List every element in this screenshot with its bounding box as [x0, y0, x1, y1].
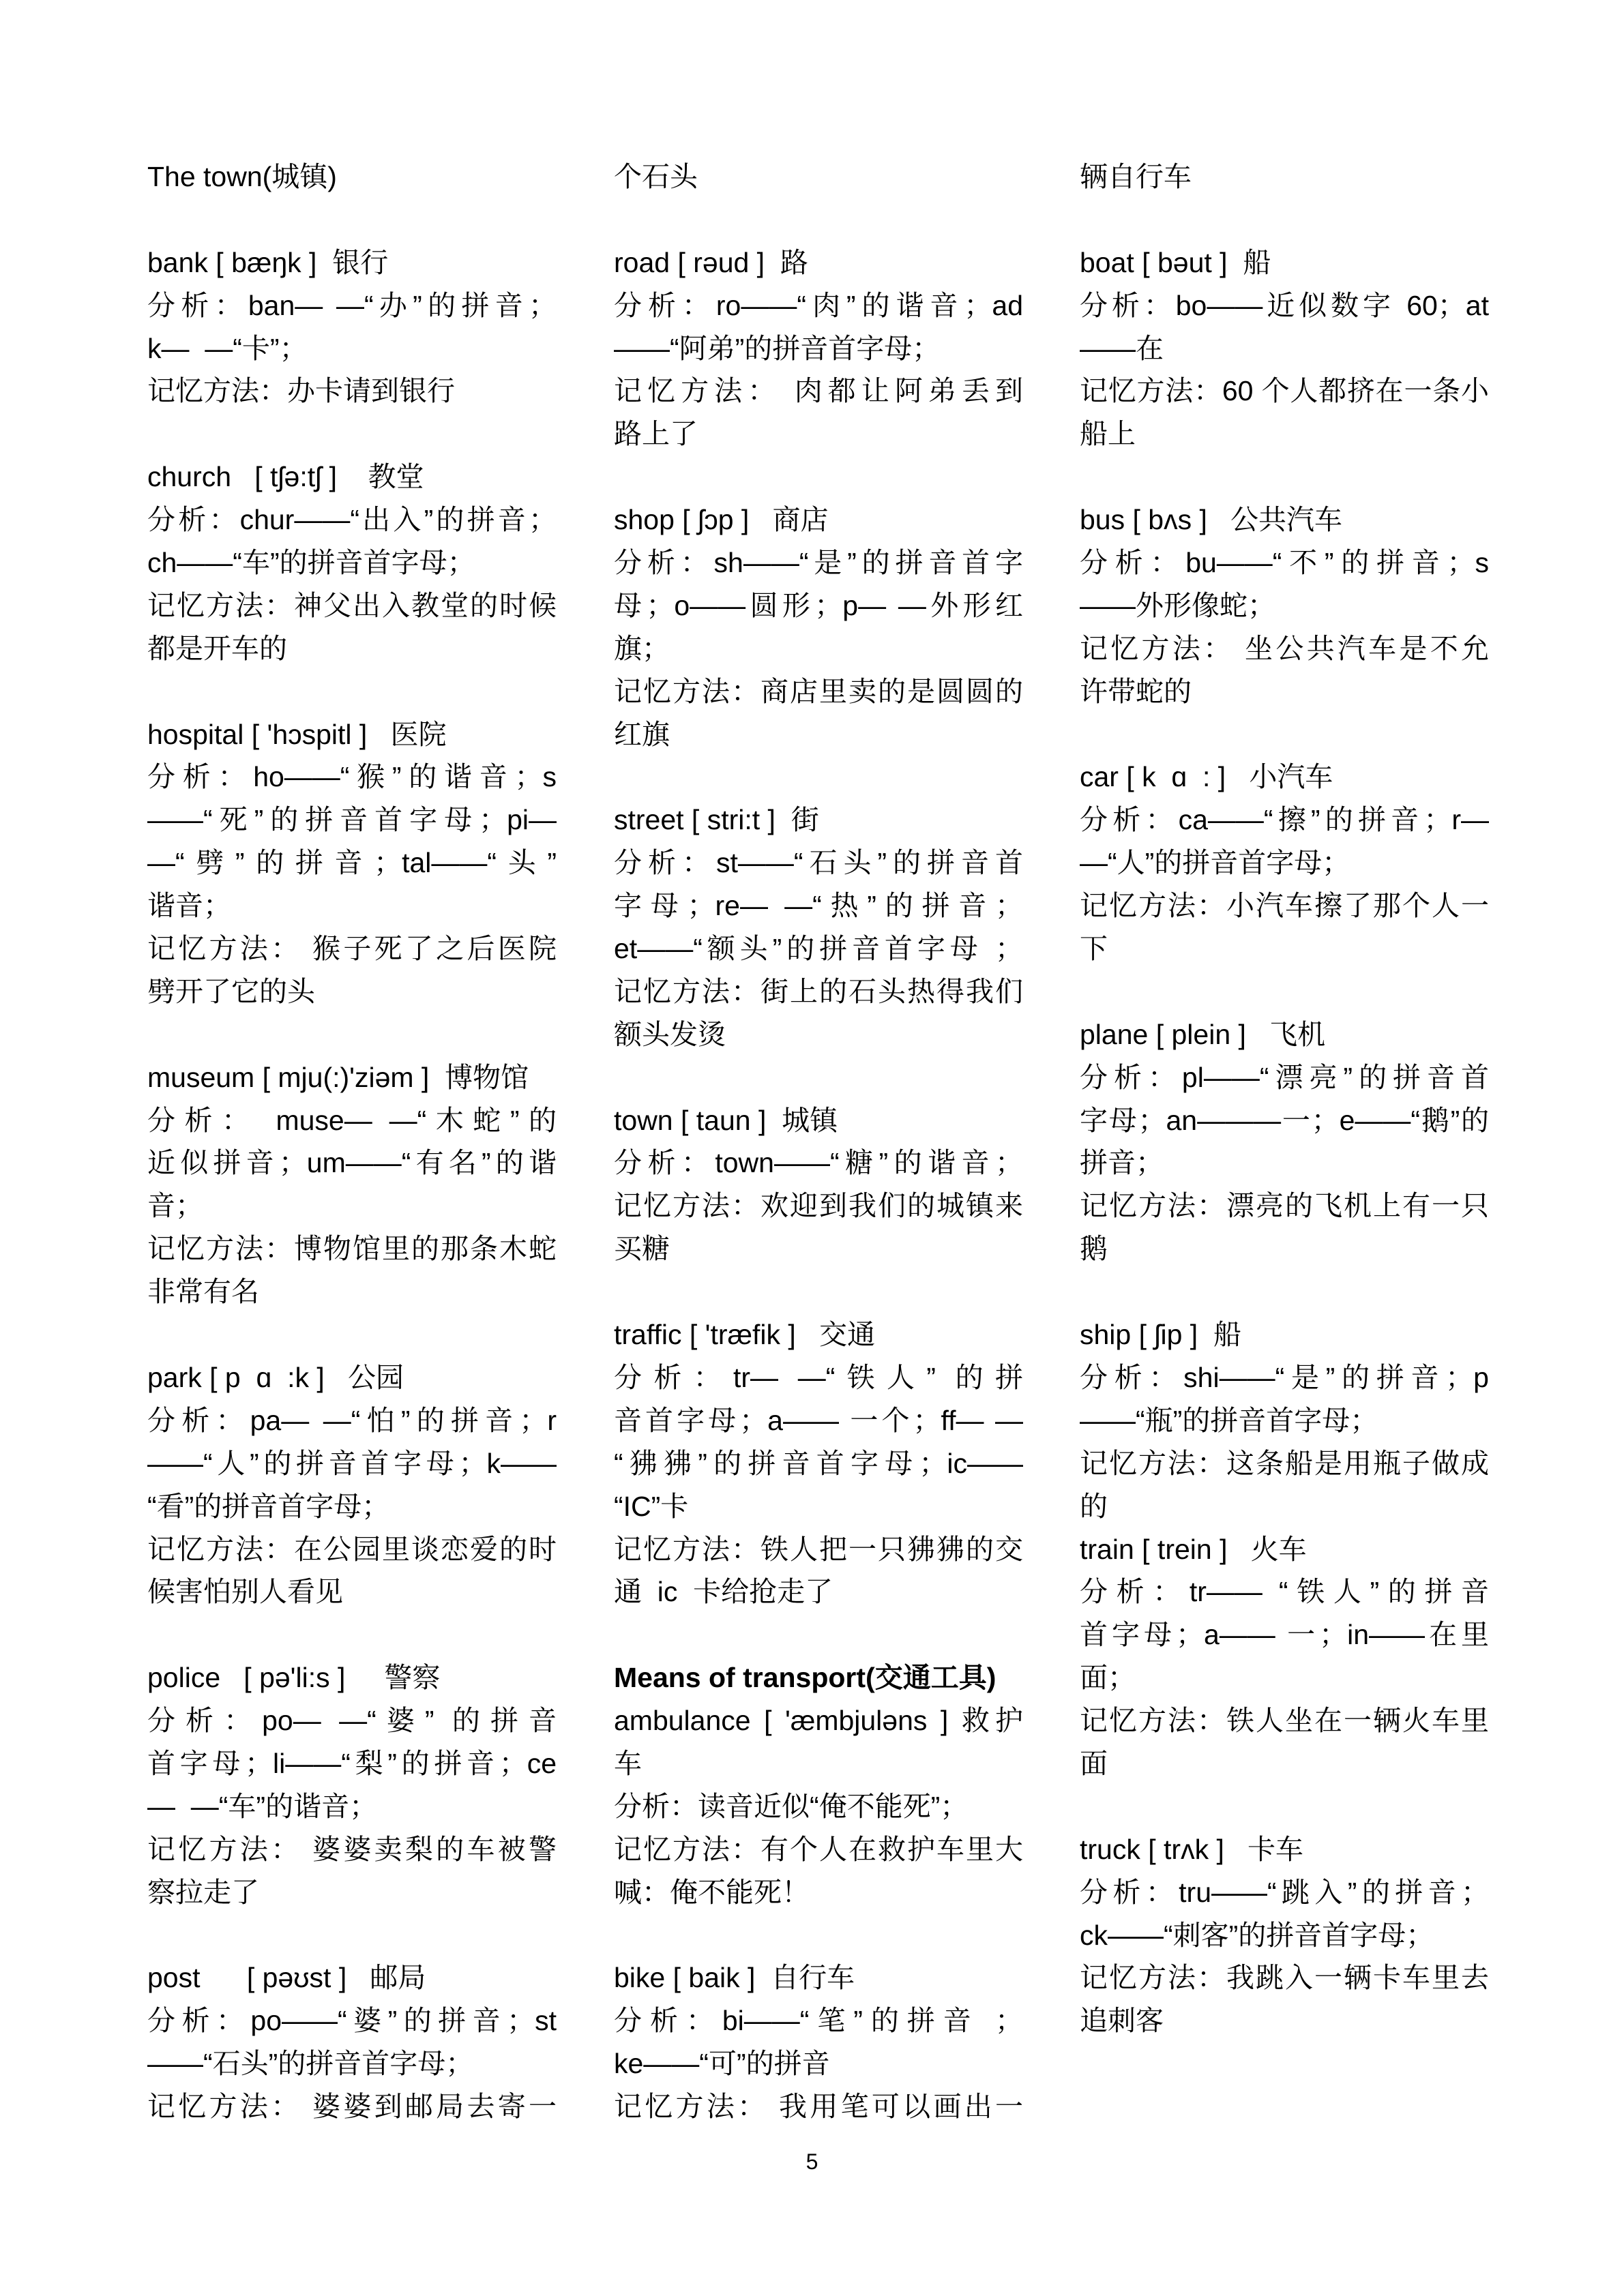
text-line: ke——“可”的拼音 — [614, 2042, 1023, 2085]
text-line: 通 ic 卡给抢走了 — [614, 1570, 1023, 1613]
section-heading: Means of transport(交通工具) — [614, 1656, 1023, 1699]
text-line: 记忆方法：我跳入一辆卡车里去 — [1080, 1956, 1489, 1999]
blank-line — [614, 1056, 1023, 1099]
text-line: 额头发烫 — [614, 1013, 1023, 1056]
text-line: park [ p ɑ :k ] 公园 — [147, 1356, 557, 1399]
text-line: 路上了 — [614, 413, 1023, 456]
blank-line — [614, 1270, 1023, 1313]
blank-line — [614, 1914, 1023, 1957]
text-line: 分析：bo——近似数字 60；at — [1080, 284, 1489, 327]
text-line: 都是开车的 — [147, 627, 557, 670]
text-line: 劈开了它的头 — [147, 970, 557, 1013]
text-line: ——在 — [1080, 327, 1489, 370]
blank-line — [147, 1914, 557, 1957]
text-line: 分析：pa— —“怕”的拼音；r — [147, 1399, 557, 1442]
text-line: 分析：tr—— “铁人”的拼音 — [1080, 1570, 1489, 1613]
text-line: train [ trein ] 火车 — [1080, 1528, 1489, 1571]
blank-line — [614, 456, 1023, 498]
text-line: 旗； — [614, 627, 1023, 670]
text-line: “IC”卡 — [614, 1485, 1023, 1528]
text-line: 分析：sh——“是”的拼音首字 — [614, 541, 1023, 584]
blank-line — [147, 413, 557, 456]
text-line: 记忆方法：神父出入教堂的时候 — [147, 584, 557, 627]
text-line: 分析：pl——“漂亮”的拼音首 — [1080, 1056, 1489, 1099]
text-line: bike [ baik ] 自行车 — [614, 1956, 1023, 1999]
text-line: 记忆方法：博物馆里的那条木蛇 — [147, 1227, 557, 1270]
text-line: ambulance [ 'æmbjuləns ] 救护 — [614, 1699, 1023, 1742]
text-line: 记忆方法：有个人在救护车里大 — [614, 1828, 1023, 1871]
text-line: 记忆方法：欢迎到我们的城镇来 — [614, 1184, 1023, 1227]
text-line: road [ rəud ] 路 — [614, 241, 1023, 284]
text-line: 分析：bu——“不”的拼音；s — [1080, 541, 1489, 584]
text-line: 记忆方法： 猴子死了之后医院 — [147, 927, 557, 970]
text-line: 分析：st——“石头”的拼音首 — [614, 841, 1023, 884]
blank-line — [1080, 456, 1489, 498]
blank-line — [1080, 970, 1489, 1013]
text-line: bank [ bæŋk ] 银行 — [147, 241, 557, 284]
text-line: ——“人”的拼音首字母；k—— — [147, 1442, 557, 1485]
text-line: 记忆方法：小汽车擦了那个人一 — [1080, 884, 1489, 927]
text-line: et——“额头”的拼音首字母 ； — [614, 927, 1023, 970]
blank-line — [1080, 1785, 1489, 1828]
text-line: ship [ ʃip ] 船 — [1080, 1313, 1489, 1356]
text-line: 分析：po——“婆”的拼音；st — [147, 1999, 557, 2042]
column-1: The town(城镇) bank [ bæŋk ] 银行分析：ban— —“办… — [147, 155, 557, 2128]
blank-line — [1080, 713, 1489, 756]
text-line: ——“瓶”的拼音首字母； — [1080, 1399, 1489, 1442]
text-line: 的 — [1080, 1485, 1489, 1528]
text-line: 分析：tru——“跳入”的拼音； — [1080, 1871, 1489, 1914]
text-line: 分析：ho——“猴”的谐音；s — [147, 756, 557, 799]
text-line: 面 — [1080, 1742, 1489, 1785]
text-line: 记忆方法：60 个人都挤在一条小 — [1080, 370, 1489, 413]
document-page: The town(城镇) bank [ bæŋk ] 银行分析：ban— —“办… — [0, 0, 1624, 2296]
text-line: 分析：bi——“笔”的拼音 ； — [614, 1999, 1023, 2042]
text-line: 记忆方法：办卡请到银行 — [147, 370, 557, 413]
text-line: 记忆方法：铁人坐在一辆火车里 — [1080, 1699, 1489, 1742]
text-line: 首字母；li——“梨”的拼音；ce — [147, 1742, 557, 1785]
blank-line — [1080, 1270, 1489, 1313]
text-line: church [ tʃə:tʃ ] 教堂 — [147, 456, 557, 498]
text-line: 个石头 — [614, 155, 1023, 198]
text-line: —“劈”的拼音；tal——“头” — [147, 841, 557, 884]
text-line: 记忆方法：这条船是用瓶子做成 — [1080, 1442, 1489, 1485]
text-line: museum [ mju(:)'ziəm ] 博物馆 — [147, 1056, 557, 1099]
text-line: street [ stri:t ] 街 — [614, 799, 1023, 841]
text-line: 候害怕别人看见 — [147, 1570, 557, 1613]
text-line: 首字母；a—— 一；in——在里 — [1080, 1613, 1489, 1656]
text-line: 面； — [1080, 1656, 1489, 1699]
text-line: 记忆方法：在公园里谈恋爱的时 — [147, 1528, 557, 1571]
text-line: “看”的拼音首字母； — [147, 1485, 557, 1528]
text-line: bus [ bʌs ] 公共汽车 — [1080, 498, 1489, 541]
text-line: truck [ trʌk ] 卡车 — [1080, 1828, 1489, 1871]
blank-line — [147, 1313, 557, 1356]
text-line: 记忆方法：商店里卖的是圆圆的 — [614, 670, 1023, 713]
text-line: 记忆方法：街上的石头热得我们 — [614, 970, 1023, 1013]
blank-line — [614, 198, 1023, 241]
text-line: 分析： muse— —“木蛇”的 — [147, 1099, 557, 1142]
text-line: 红旗 — [614, 713, 1023, 756]
text-line: “狒狒”的拼音首字母；ic—— — [614, 1442, 1023, 1485]
text-line: 近似拼音；um——“有名”的谐 — [147, 1142, 557, 1184]
text-line: 记忆方法： 肉都让阿弟丢到 — [614, 370, 1023, 413]
text-line: 记忆方法： 坐公共汽车是不允 — [1080, 627, 1489, 670]
text-line: town [ taun ] 城镇 — [614, 1099, 1023, 1142]
column-2: 个石头 road [ rəud ] 路分析：ro——“肉”的谐音；ad——“阿弟… — [614, 155, 1023, 2128]
text-line: 记忆方法：铁人把一只狒狒的交 — [614, 1528, 1023, 1571]
text-line: 察拉走了 — [147, 1871, 557, 1914]
text-line: 母；o——圆形；p— —外形红 — [614, 584, 1023, 627]
text-line: 非常有名 — [147, 1270, 557, 1313]
text-line: 喊：俺不能死！ — [614, 1871, 1023, 1914]
blank-line — [147, 1613, 557, 1656]
text-line: ——“石头”的拼音首字母； — [147, 2042, 557, 2085]
text-line: 分析：town——“糖”的谐音； — [614, 1142, 1023, 1184]
blank-line — [614, 1613, 1023, 1656]
text-line: 字母；re— —“热”的拼音； — [614, 884, 1023, 927]
text-line: 分析：po— —“婆” 的拼音 — [147, 1699, 557, 1742]
text-line: plane [ plein ] 飞机 — [1080, 1013, 1489, 1056]
text-line: 记忆方法： 婆婆到邮局去寄一 — [147, 2085, 557, 2128]
text-line: car [ k ɑ : ] 小汽车 — [1080, 756, 1489, 799]
text-line: 记忆方法： 婆婆卖梨的车被警 — [147, 1828, 557, 1871]
blank-line — [147, 1013, 557, 1056]
text-line: 记忆方法：漂亮的飞机上有一只 — [1080, 1184, 1489, 1227]
text-line: 谐音； — [147, 884, 557, 927]
text-line: 字母；an———一；e——“鹅”的 — [1080, 1099, 1489, 1142]
blank-line — [147, 670, 557, 713]
text-line: ——外形像蛇； — [1080, 584, 1489, 627]
text-line: —“人”的拼音首字母； — [1080, 841, 1489, 884]
text-line: ch——“车”的拼音首字母； — [147, 541, 557, 584]
text-line: The town(城镇) — [147, 155, 557, 198]
text-line: police [ pə'li:s ] 警察 — [147, 1656, 557, 1699]
text-line: 辆自行车 — [1080, 155, 1489, 198]
text-line: 车 — [614, 1742, 1023, 1785]
text-line: shop [ ʃɔp ] 商店 — [614, 498, 1023, 541]
blank-line — [1080, 198, 1489, 241]
blank-line — [147, 198, 557, 241]
page-number: 5 — [0, 2147, 1624, 2177]
blank-line — [614, 756, 1023, 799]
text-line: 分析：shi——“是”的拼音；p — [1080, 1356, 1489, 1399]
text-line: 鹅 — [1080, 1227, 1489, 1270]
text-line: traffic [ 'træfik ] 交通 — [614, 1313, 1023, 1356]
text-line: 音； — [147, 1184, 557, 1227]
text-line: ——“阿弟”的拼音首字母； — [614, 327, 1023, 370]
text-line: 音首字母；a—— 一个；ff— — — [614, 1399, 1023, 1442]
text-line: ——“死”的拼音首字母；pi— — [147, 799, 557, 841]
text-line: ck——“刺客”的拼音首字母； — [1080, 1914, 1489, 1957]
text-line: 分析：ban— —“办”的拼音； — [147, 284, 557, 327]
text-line: 分析：tr— —“铁人” 的拼 — [614, 1356, 1023, 1399]
text-line: 买糖 — [614, 1227, 1023, 1270]
text-line: 分析：读音近似“俺不能死”； — [614, 1785, 1023, 1828]
text-line: hospital [ 'hɔspitl ] 医院 — [147, 713, 557, 756]
text-line: 船上 — [1080, 413, 1489, 456]
column-3: 辆自行车 boat [ bəut ] 船分析：bo——近似数字 60；at——在… — [1080, 155, 1489, 2042]
text-line: 追刺客 — [1080, 1999, 1489, 2042]
text-line: — —“车”的谐音； — [147, 1785, 557, 1828]
text-line: 下 — [1080, 927, 1489, 970]
text-line: 分析：chur——“出入”的拼音； — [147, 498, 557, 541]
text-line: 许带蛇的 — [1080, 670, 1489, 713]
text-line: 记忆方法： 我用笔可以画出一 — [614, 2085, 1023, 2128]
text-line: 拼音； — [1080, 1142, 1489, 1184]
text-line: 分析：ca——“擦”的拼音；r— — [1080, 799, 1489, 841]
text-line: 分析：ro——“肉”的谐音；ad — [614, 284, 1023, 327]
text-line: boat [ bəut ] 船 — [1080, 241, 1489, 284]
text-line: k— —“卡”； — [147, 327, 557, 370]
text-line: post [ pəʊst ] 邮局 — [147, 1956, 557, 1999]
